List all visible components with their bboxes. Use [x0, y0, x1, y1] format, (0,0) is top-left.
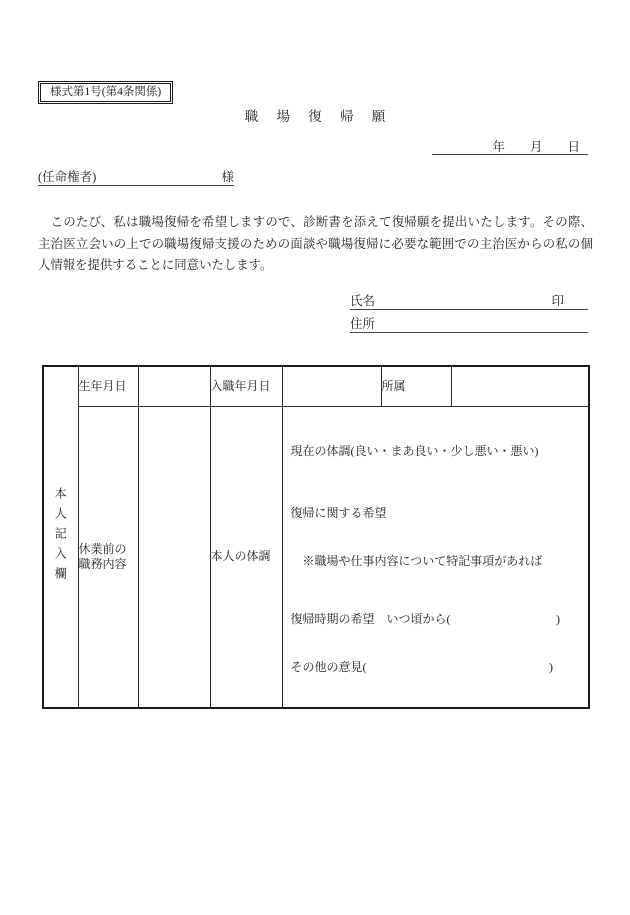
return-timing-label: 復帰時期の希望 いつ頃から( — [291, 611, 451, 627]
address-label: 住所 — [350, 314, 375, 332]
other-opinion-line: その他の意見( ) — [291, 659, 589, 675]
pre-leave-duties-label-cell: 休業前の職務内容 — [78, 406, 138, 708]
addressee-honorific: 様 — [221, 167, 234, 185]
name-fill-line: 氏名 印 — [350, 291, 588, 310]
addressee-line: (任命権者) 様 — [38, 167, 234, 186]
signature-block: 氏名 印 住所 — [350, 291, 588, 333]
department-label-cell: 所属 — [381, 366, 451, 406]
hire-date-label-cell: 入職年月日 — [210, 366, 282, 406]
return-hope-note-line: ※職場や仕事内容について特記事項があれば — [291, 553, 589, 569]
other-opinion-label: その他の意見( — [291, 659, 367, 675]
pre-leave-duties-value-cell — [138, 406, 210, 708]
department-value-cell — [451, 366, 589, 406]
return-hope-line: 復帰に関する希望 — [291, 505, 589, 521]
current-condition-line: 現在の体調(良い・まあ良い・少し悪い・悪い) — [291, 443, 589, 459]
birth-date-label-cell: 生年月日 — [78, 366, 138, 406]
row-header-vertical-label: 本人記入欄 — [52, 487, 69, 587]
form-code-box: 様式第1号(第4条関係) — [38, 81, 173, 104]
row-header-cell: 本人記入欄 — [43, 366, 78, 708]
personal-condition-content-cell: 現在の体調(良い・まあ良い・少し悪い・悪い) 復帰に関する希望 ※職場や仕事内容… — [282, 406, 589, 708]
document-title: 職 場 復 帰 願 — [0, 105, 630, 125]
hire-date-value-cell — [282, 366, 381, 406]
personal-condition-label-cell: 本人の体調 — [210, 406, 282, 708]
name-label: 氏名 — [350, 291, 375, 309]
document-page: 様式第1号(第4条関係) 職 場 復 帰 願 年 月 日 (任命権者) 様 この… — [0, 0, 630, 915]
consent-paragraph: このたび、私は職場復帰を希望しますので、診断書を添えて復帰願を提出いたします。そ… — [38, 212, 593, 277]
applicant-entry-table: 本人記入欄 生年月日 入職年月日 所属 休業前の職務内容 本人の体調 現在の体調… — [42, 365, 590, 709]
return-timing-close-paren: ) — [556, 611, 560, 627]
other-opinion-close-paren: ) — [549, 659, 553, 675]
seal-label: 印 — [551, 291, 564, 309]
addressee-label: (任命権者) — [38, 167, 96, 185]
birth-date-value-cell — [138, 366, 210, 406]
address-fill-line: 住所 — [350, 314, 588, 333]
return-timing-line: 復帰時期の希望 いつ頃から( ) — [291, 611, 589, 627]
date-fill-line: 年 月 日 — [432, 137, 588, 155]
